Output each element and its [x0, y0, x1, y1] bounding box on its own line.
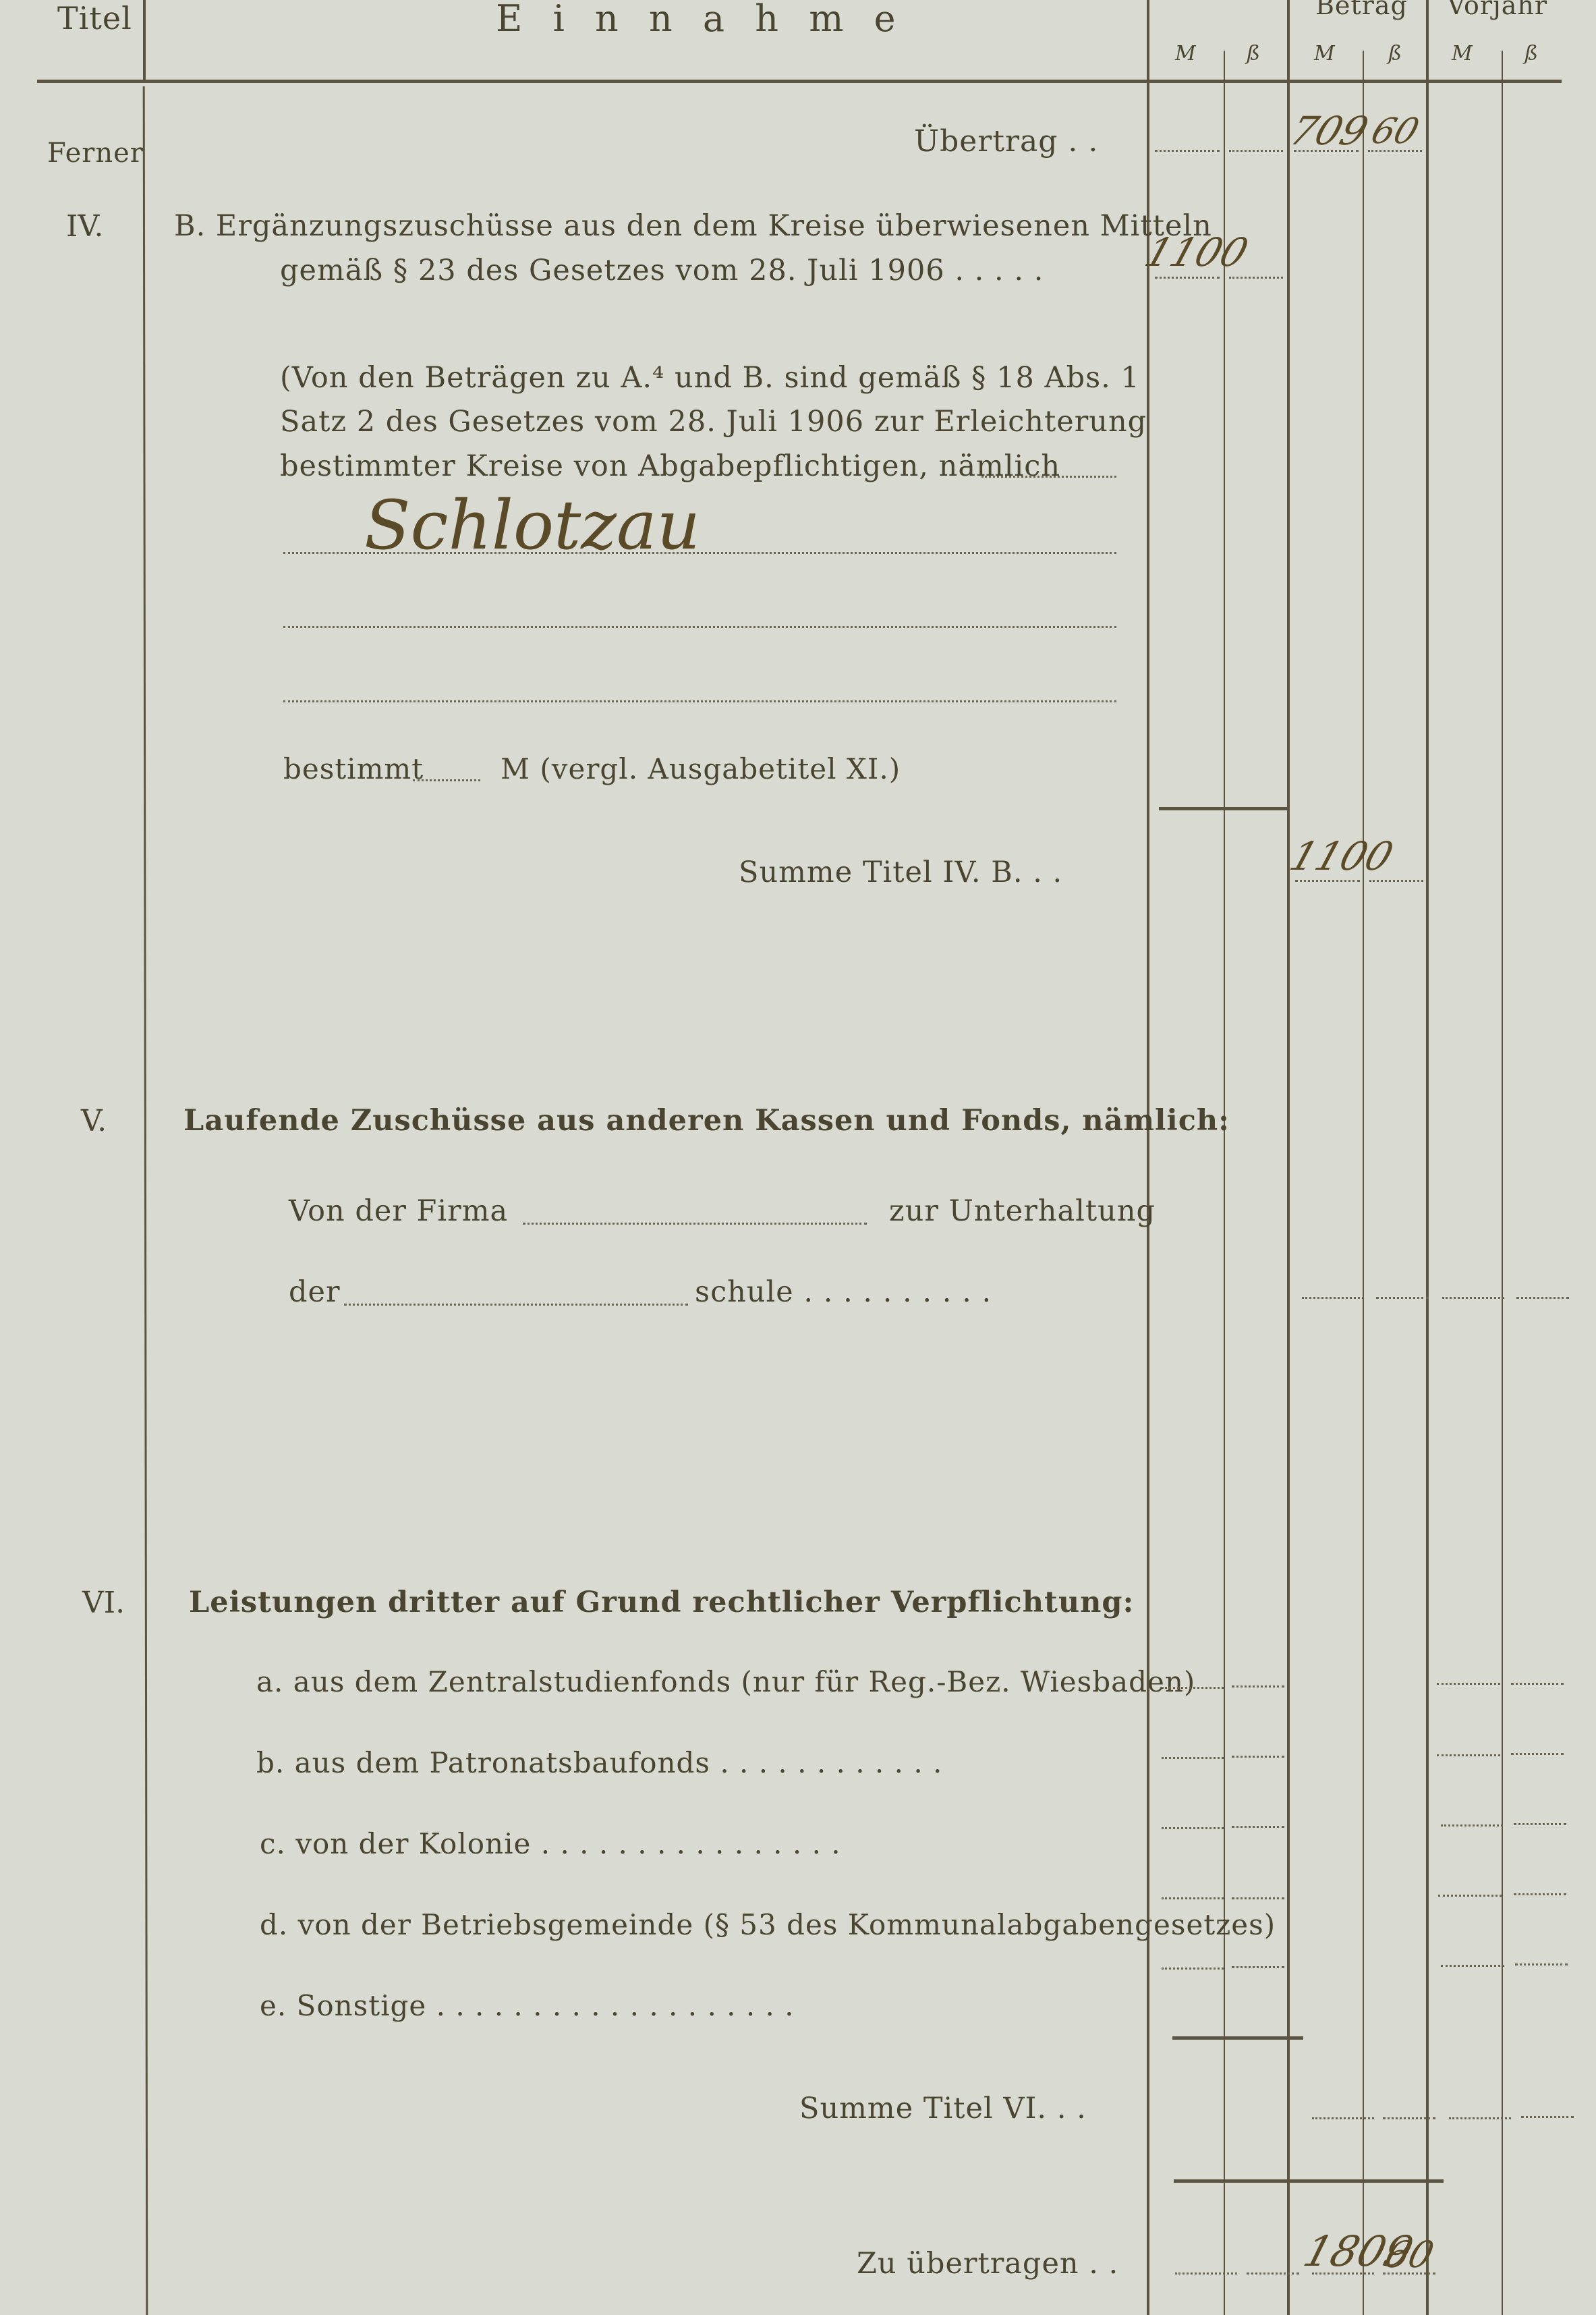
- section-vi-sum-vorjahr-mark-line: [1449, 2117, 1511, 2119]
- section-iv-subtotal-rule: [1159, 807, 1287, 810]
- section-iv-sum-betrag-pf-line: [1369, 880, 1423, 882]
- section-v-vorjahr-pf-line: [1516, 1297, 1569, 1299]
- section-iv-line2: gemäß § 23 des Gesetzes vom 28. Juli 190…: [280, 254, 1044, 287]
- vi-e-col1-pf-line: [1232, 1966, 1284, 1968]
- section-v-line1-prefix: Von der Firma: [289, 1194, 508, 1228]
- section-vi-numeral: VI.: [82, 1586, 125, 1620]
- uebertrag-col1-mark-blank: [1155, 150, 1220, 152]
- vi-b-vorjahr-mark-line: [1437, 1754, 1500, 1756]
- header-vorjahr: Vorjahr: [1447, 0, 1547, 20]
- uebertrag-betrag-mark[interactable]: 709: [1284, 108, 1374, 154]
- titel-column-divider-body: [143, 86, 148, 2315]
- vi-b-col1-mark-line: [1162, 1757, 1224, 1759]
- vi-b-vorjahr-pf-line: [1511, 1753, 1564, 1755]
- total-rule: [1174, 2179, 1444, 2183]
- col1-pf-unit: ß: [1247, 42, 1260, 65]
- titel-column-divider: [143, 0, 146, 81]
- section-iv-sum-label: Summe Titel IV. B. . .: [739, 856, 1062, 889]
- uebertrag-label: Übertrag . .: [914, 124, 1098, 159]
- section-v-numeral: V.: [81, 1104, 107, 1138]
- ferner-label: Ferner: [47, 138, 144, 169]
- section-iv-numeral: IV.: [66, 209, 103, 244]
- header-titel: Titel: [57, 0, 132, 36]
- section-vi-sum-vorjahr-pf-line: [1521, 2116, 1574, 2118]
- vorjahr-left-rule: [1426, 0, 1429, 2315]
- betrag-pf-unit: ß: [1388, 42, 1402, 65]
- section-vi-item-a: a. aus dem Zentralstudienfonds (nur für …: [256, 1665, 1195, 1698]
- uebertrag-betrag-pf[interactable]: 60: [1366, 111, 1424, 152]
- vi-d-vorjahr-mark-line: [1438, 1895, 1502, 1897]
- betrag-mark-unit: M: [1314, 42, 1335, 65]
- vi-c-vorjahr-pf-line: [1514, 1823, 1566, 1825]
- vorjahr-mark-unit: M: [1452, 42, 1473, 65]
- section-vi-sum-betrag-pf-line: [1383, 2117, 1435, 2119]
- section-iv-line1: B. Ergänzungszuschüsse aus den dem Kreis…: [174, 209, 1212, 243]
- section-iv-note-line2: Satz 2 des Gesetzes vom 28. Juli 1906 zu…: [280, 405, 1147, 439]
- section-vi-subtotal-rule: [1172, 2036, 1303, 2040]
- bestimmt-label: bestimmt: [283, 752, 424, 785]
- betrag-left-rule: [1287, 0, 1290, 2315]
- section-v-betrag-pf-line: [1376, 1297, 1429, 1299]
- section-iv-sum-betrag-mark-line: [1295, 880, 1360, 882]
- vi-c-vorjahr-mark-line: [1441, 1824, 1503, 1826]
- carry-out-label: Zu übertragen . .: [857, 2247, 1118, 2281]
- abgabepflichtige-line-2: [283, 552, 1116, 554]
- vi-d-col1-mark-line: [1162, 1897, 1224, 1899]
- vi-b-col1-pf-line: [1232, 1756, 1284, 1758]
- abgabepflichtige-line-1: [981, 476, 1116, 478]
- vi-a-col1-pf-line: [1232, 1685, 1284, 1688]
- section-vi-sum-betrag-mark-line: [1312, 2117, 1374, 2119]
- bestimmt-suffix: M (vergl. Ausgabetitel XI.): [501, 752, 901, 785]
- section-vi-item-b: b. aus dem Patronatsbaufonds . . . . . .…: [256, 1746, 942, 1779]
- vi-e-vorjahr-mark-line: [1441, 1965, 1504, 1967]
- section-iv-note-line3: bestimmter Kreise von Abgabepflichtigen,…: [280, 449, 1060, 483]
- col1-mark-unit: M: [1175, 42, 1196, 65]
- schule-name-line[interactable]: [344, 1304, 688, 1306]
- section-iv-note-line1: (Von den Beträgen zu A.⁴ und B. sind gem…: [280, 361, 1140, 395]
- section-iv-col1-pf-line: [1229, 277, 1283, 279]
- col1-mid-rule: [1224, 51, 1225, 2315]
- col1-left-rule: [1147, 0, 1149, 2315]
- header-einnahme: E i n n a h m e: [496, 0, 905, 40]
- vi-c-col1-pf-line: [1232, 1826, 1284, 1828]
- vi-e-col1-mark-line: [1162, 1968, 1224, 1970]
- section-vi-item-e: e. Sonstige . . . . . . . . . . . . . . …: [260, 1989, 795, 2022]
- vi-d-vorjahr-pf-line: [1514, 1893, 1566, 1895]
- section-vi-sum-label: Summe Titel VI. . .: [799, 2092, 1087, 2125]
- section-vi-item-c: c. von der Kolonie . . . . . . . . . . .…: [260, 1827, 841, 1860]
- vi-a-col1-mark-line: [1162, 1687, 1224, 1689]
- header-rule: [37, 80, 1562, 83]
- vi-d-col1-pf-line: [1232, 1897, 1284, 1899]
- vi-e-vorjahr-pf-line: [1515, 1963, 1568, 1965]
- abgabepflichtige-line-3: [283, 626, 1116, 628]
- abgabepflichtige-line-4: [283, 700, 1116, 702]
- vi-a-vorjahr-pf-line: [1511, 1683, 1564, 1685]
- vorjahr-mid-rule: [1502, 51, 1503, 2315]
- vi-c-col1-mark-line: [1162, 1827, 1224, 1829]
- section-v-line2-prefix: der: [289, 1275, 341, 1309]
- section-vi-item-d: d. von der Betriebsgemeinde (§ 53 des Ko…: [260, 1908, 1276, 1941]
- section-iv-col1-mark-line: [1155, 277, 1220, 279]
- uebertrag-col1-pf-blank: [1229, 150, 1283, 152]
- section-v-betrag-mark-line: [1302, 1297, 1364, 1299]
- section-v-vorjahr-mark-line: [1442, 1297, 1504, 1299]
- section-v-line1-suffix: zur Unterhaltung: [889, 1194, 1156, 1228]
- vi-a-vorjahr-mark-line: [1437, 1683, 1500, 1685]
- firma-name-line[interactable]: [523, 1223, 867, 1225]
- betrag-mid-rule: [1363, 51, 1364, 2315]
- carry-out-col1-pf-line: [1247, 2272, 1299, 2275]
- bestimmt-amount-line[interactable]: [413, 779, 480, 781]
- carry-out-col1-mark-line: [1175, 2272, 1237, 2275]
- vorjahr-pf-unit: ß: [1524, 42, 1538, 65]
- section-iv-amount-mark[interactable]: 1100: [1139, 229, 1254, 275]
- section-iv-sum-mark[interactable]: 1100: [1284, 833, 1399, 879]
- section-v-heading: Laufende Zuschüsse aus anderen Kassen un…: [183, 1104, 1230, 1138]
- section-vi-heading: Leistungen dritter auf Grund rechtlicher…: [189, 1586, 1134, 1619]
- header-betrag: Betrag: [1315, 0, 1408, 20]
- section-v-line2-suffix: schule . . . . . . . . . .: [695, 1275, 992, 1309]
